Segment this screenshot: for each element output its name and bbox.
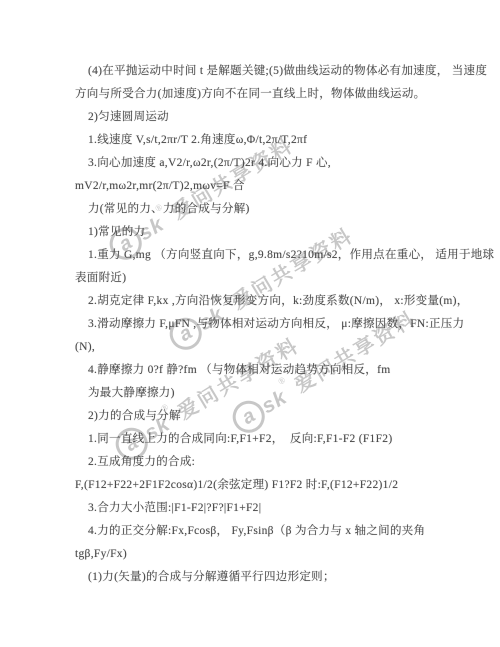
text-line: 方向与所受合力(加速度)方向不在同一直线上时，物体做曲线运动。 [75,83,445,106]
text-line: mV2/r,mω2r,mr(2π/T)2,mωv=F 合 [75,175,445,198]
scanned-document-page: a sk ® 爱问共享资料 a sk ® 爱问共享资料 a sk ® 爱问共享资… [0,0,500,647]
text-line: 2)力的合成与分解 [75,405,445,428]
text-line: 1)常见的力 [75,221,445,244]
text-line: 3.合力大小范围:|F1-F2|?F?|F1+F2| [75,497,445,520]
text-line: 3.向心加速度 a,V2/r,ω2r,(2π/T)2r 4.向心力 F 心, [75,152,445,175]
text-line: (4)在平抛运动中时间 t 是解题关键;(5)做曲线运动的物体必有加速度， 当速… [75,60,445,83]
text-line: 1.重力 G,mg （方向竖直向下，g,9.8m/s2?10m/s2，作用点在重… [75,244,445,267]
text-line: 4.静摩擦力 0?f 静?fm （与物体相对运动趋势方向相反，fm [75,359,445,382]
document-body: (4)在平抛运动中时间 t 是解题关键;(5)做曲线运动的物体必有加速度， 当速… [75,60,445,589]
text-line: 1.线速度 V,s/t,2πr/T 2.角速度ω,Φ/t,2π/T,2πf [75,129,445,152]
text-line: 为最大静摩擦力) [75,382,445,405]
text-line: 4.力的正交分解:Fx,Fcosβ， Fy,Fsinβ（β 为合力与 x 轴之间… [75,520,445,543]
text-line: 1.同一直线上力的合成同向:F,F1+F2， 反向:F,F1-F2 (F1F2) [75,428,445,451]
text-line: 力(常见的力、力的合成与分解) [75,198,445,221]
text-line: tgβ,Fy/Fx) [75,543,445,566]
text-line: F,(F12+F22+2F1F2cosα)1/2(余弦定理) F1?F2 时:F… [75,474,445,497]
text-line: 2)匀速圆周运动 [75,106,445,129]
text-line: 2.互成角度力的合成: [75,451,445,474]
text-line: 3.滑动摩擦力 F,μFN ,与物体相对运动方向相反， μ:摩擦因数，FN:正压… [75,313,445,336]
text-line: (N), [75,336,445,359]
text-line: (1)力(矢量)的合成与分解遵循平行四边形定则； [75,566,445,589]
text-line: 表面附近) [75,267,445,290]
text-line: 2.胡克定律 F,kx ,方向沿恢复形变方向，k:劲度系数(N/m)， x:形变… [75,290,445,313]
